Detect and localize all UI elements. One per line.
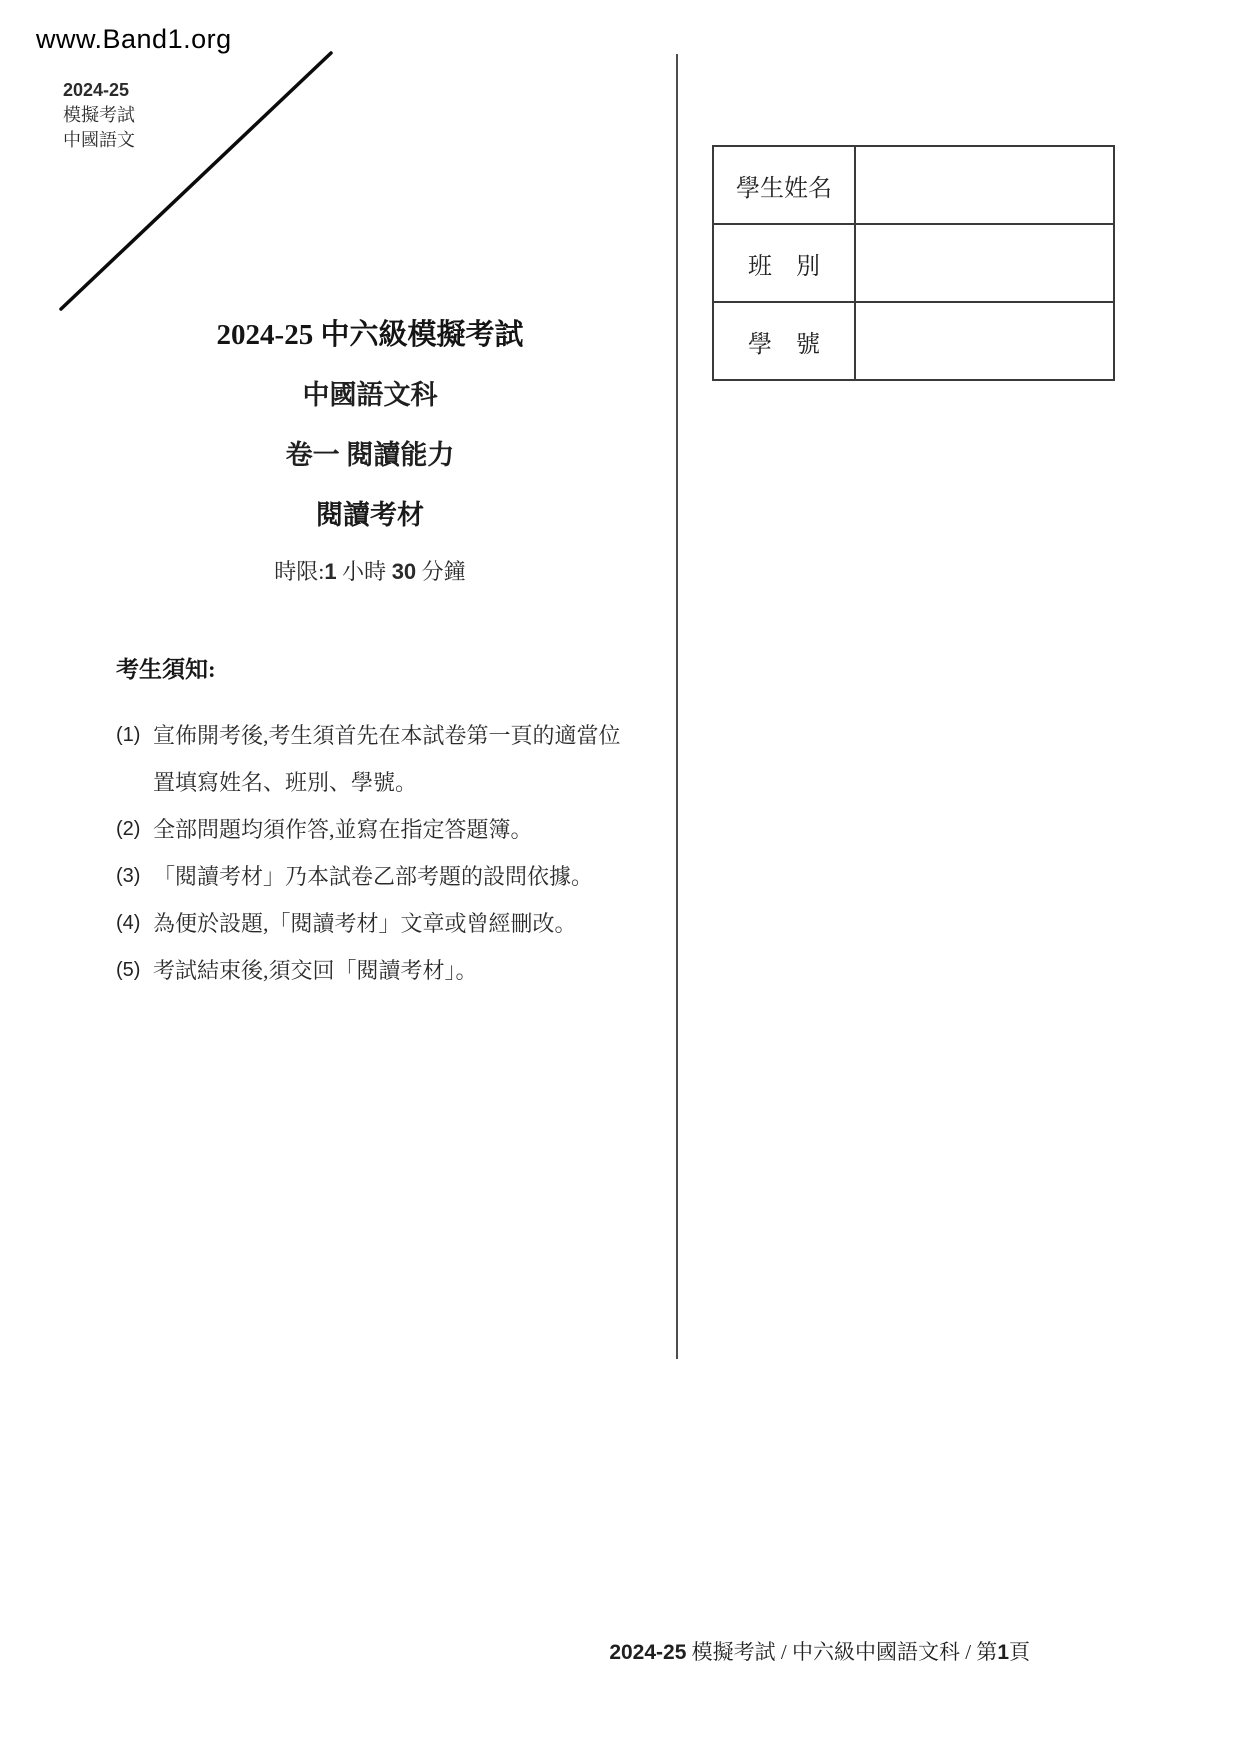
table-row: 學生姓名 <box>713 146 1114 224</box>
list-item: (1) 宣佈開考後,考生須首先在本試卷第一頁的適當位置填寫姓名、班別、學號。 <box>116 712 631 806</box>
time-limit-prefix: 時限: <box>274 559 324 584</box>
item-text: 「閱讀考材」乃本試卷乙部考題的設問依據。 <box>153 853 623 900</box>
time-limit-minutes: 30 <box>392 559 416 584</box>
paper-title: 卷一 閱讀能力 <box>98 435 642 475</box>
item-text: 全部問題均須作答,並寫在指定答題簿。 <box>153 806 623 853</box>
booklet-title: 閱讀考材 <box>98 495 642 535</box>
item-number: (5) <box>116 947 153 994</box>
exam-title: 2024-25 中六級模擬考試 <box>98 315 642 355</box>
list-item: (5) 考試結束後,須交回「閱讀考材」。 <box>116 947 631 994</box>
title-block: 2024-25 中六級模擬考試 中國語文科 卷一 閱讀能力 閱讀考材 時限:1 … <box>98 315 642 589</box>
item-number: (4) <box>116 900 153 947</box>
time-limit: 時限:1 小時 30 分鐘 <box>98 555 642 589</box>
item-text: 考試結束後,須交回「閱讀考材」。 <box>153 947 623 994</box>
student-number-label: 學 號 <box>713 302 855 380</box>
page-footer: 2024-25 模擬考試 / 中六級中國語文科 / 第1頁 <box>560 1636 1030 1666</box>
list-item: (2) 全部問題均須作答,並寫在指定答題簿。 <box>116 806 631 853</box>
item-number: (1) <box>116 712 153 759</box>
student-name-field[interactable] <box>855 146 1114 224</box>
footer-year: 2024-25 <box>609 1641 686 1664</box>
exam-cover-page: www.Band1.org 2024-25 模擬考試 中國語文 學生姓名 班 別… <box>0 0 1240 1754</box>
class-field[interactable] <box>855 224 1114 302</box>
item-number: (2) <box>116 806 153 853</box>
time-limit-suffix: 分鐘 <box>416 559 466 584</box>
diagonal-strike-line <box>40 40 350 325</box>
student-name-label: 學生姓名 <box>713 146 855 224</box>
time-limit-hours: 1 <box>324 559 336 584</box>
subject-title: 中國語文科 <box>98 375 642 415</box>
item-number: (3) <box>116 853 153 900</box>
footer-page-number: 1 <box>997 1641 1009 1664</box>
footer-suffix: 頁 <box>1009 1640 1030 1664</box>
class-label: 班 別 <box>713 224 855 302</box>
vertical-divider-line <box>676 54 678 1359</box>
footer-text: 模擬考試 / 中六級中國語文科 / 第 <box>686 1640 997 1664</box>
student-info-table: 學生姓名 班 別 學 號 <box>712 145 1115 381</box>
candidate-instructions: 考生須知: (1) 宣佈開考後,考生須首先在本試卷第一頁的適當位置填寫姓名、班別… <box>116 655 631 994</box>
item-text: 宣佈開考後,考生須首先在本試卷第一頁的適當位置填寫姓名、班別、學號。 <box>153 712 623 806</box>
item-text: 為便於設題,「閱讀考材」文章或曾經刪改。 <box>153 900 623 947</box>
table-row: 班 別 <box>713 224 1114 302</box>
time-limit-mid: 小時 <box>337 559 392 584</box>
list-item: (4) 為便於設題,「閱讀考材」文章或曾經刪改。 <box>116 900 631 947</box>
list-item: (3) 「閱讀考材」乃本試卷乙部考題的設問依據。 <box>116 853 631 900</box>
table-row: 學 號 <box>713 302 1114 380</box>
instructions-heading: 考生須知: <box>116 655 631 685</box>
student-number-field[interactable] <box>855 302 1114 380</box>
